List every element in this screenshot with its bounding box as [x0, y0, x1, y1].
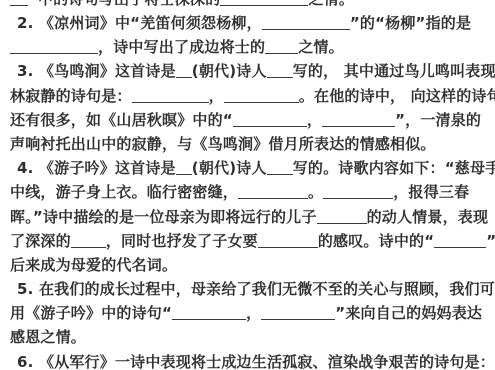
text-line-q5: 感恩之情。 [0, 325, 495, 349]
text-segment: 之情。 [308, 0, 354, 8]
text-segment: 3. 《鸟鸣涧》这首诗是 [17, 62, 176, 80]
answer-blank [233, 113, 307, 127]
text-segment: ” [486, 232, 495, 250]
question-6: 6. 《从军行》一诗中表现将士成边生活孤寂、渲染战争艰苦的诗句是： [0, 350, 495, 370]
text-segment: 5. 在我们的成长过程中，母亲给了我们无微不至的关心与照顾，我们可以 [17, 280, 495, 298]
answer-blank [220, 0, 308, 6]
text-segment: 的感叹。诗中的“ [318, 232, 434, 250]
answer-blank [267, 64, 293, 78]
text-segment: 。 [308, 183, 323, 201]
answer-blank [238, 185, 308, 199]
text-line-q4: 4. 《游子吟》这首诗是(朝代)诗人写的。诗歌内容如下：“慈母手 [0, 156, 495, 180]
text-segment: ”的“杨柳”指的是 [350, 14, 471, 32]
text-line-fragment: ”中的诗句写出了将士深深的之情。 [0, 0, 495, 11]
text-line-q4: 晖。”诗中描绘的是一位母亲为即将远行的儿子的动人情景，表现 [0, 205, 495, 229]
text-line-q2: ，诗中写出了成边将士的之情。 [0, 35, 495, 59]
answer-blank [132, 89, 209, 103]
answer-blank [265, 40, 298, 54]
text-segment: (朝代)诗人 [192, 159, 267, 177]
text-segment: ，报得三春 [393, 183, 469, 201]
text-line-q4: 了深深的，同时也抒发了子女要的感叹。诗中的“” [0, 229, 495, 253]
text-segment: 林寂静的诗句是： [10, 87, 132, 105]
answer-blank [258, 234, 318, 248]
text-segment: ”，一清泉的 [395, 111, 481, 129]
answer-blank [172, 306, 246, 320]
answer-blank [317, 210, 367, 224]
answer-blank [262, 16, 350, 30]
text-segment: 写的。诗歌内容如下：“慈母手 [293, 159, 495, 177]
text-segment: 晖。”诗中描绘的是一位母亲为即将远行的儿子 [10, 208, 317, 226]
text-segment: 用《游子吟》中的诗句“ [10, 304, 172, 322]
text-segment: 还有很多，如《山居秋暝》中的“ [10, 111, 233, 129]
text-line-q5: 5. 在我们的成长过程中，母亲给了我们无微不至的关心与照顾，我们可以 [0, 277, 495, 301]
text-line-q5: 用《游子吟》中的诗句“，”来向自己的妈妈表达 [0, 301, 495, 325]
text-segment: 2. 《凉州词》中“羌笛何须怨杨柳， [17, 14, 262, 32]
text-line-q3: 3. 《鸟鸣涧》这首诗是(朝代)诗人写的， 其中通过鸟儿鸣叫表现山 [0, 59, 495, 83]
text-segment: ， [246, 304, 261, 322]
text-segment: 。在他的诗中， 向这样的诗句 [299, 87, 495, 105]
answer-blank [323, 185, 393, 199]
text-segment: 6. 《从军行》一诗中表现将士成边生活孤寂、渲染战争艰苦的诗句是： [17, 353, 495, 370]
answer-blank [176, 64, 192, 78]
text-segment: ”来向自己的妈妈表达 [335, 304, 482, 322]
text-segment: 的动人情景，表现 [367, 208, 489, 226]
answer-blank [176, 161, 192, 175]
text-segment: ， [307, 111, 322, 129]
answer-blank [267, 161, 293, 175]
answer-blank [71, 234, 106, 248]
answer-blank [10, 40, 98, 54]
question-5: 5. 在我们的成长过程中，母亲给了我们无微不至的关心与照顾，我们可以用《游子吟》… [0, 277, 495, 350]
text-line-q4: 后来成为母爱的代名词。 [0, 253, 495, 277]
text-line-q2: 2. 《凉州词》中“羌笛何须怨杨柳，”的“杨柳”指的是 [0, 11, 495, 35]
answer-blank [322, 113, 395, 127]
answer-blank [10, 0, 28, 6]
answer-blank [261, 306, 335, 320]
text-segment: 了深深的 [10, 232, 71, 250]
question-3: 3. 《鸟鸣涧》这首诗是(朝代)诗人写的， 其中通过鸟儿鸣叫表现山林寂静的诗句是… [0, 59, 495, 156]
text-segment: ， [209, 87, 224, 105]
text-segment: ，诗中写出了成边将士的 [98, 38, 265, 56]
text-segment: ，同时也抒发了子女要 [106, 232, 258, 250]
answer-blank [224, 89, 299, 103]
text-line-q3: 林寂静的诗句是：，。在他的诗中， 向这样的诗句 [0, 84, 495, 108]
text-segment: 声响衬托出山中的寂静，与《鸟鸣涧》借月所表达的情感相似。 [10, 135, 436, 153]
text-segment: 后来成为母爱的代名词。 [10, 256, 177, 274]
text-line-q4: 中线，游子身上衣。临行密密缝，。，报得三春 [0, 180, 495, 204]
text-segment: (朝代)诗人 [192, 62, 267, 80]
text-line-q3: 还有很多，如《山居秋暝》中的“，”，一清泉的 [0, 108, 495, 132]
text-segment: 写的， 其中通过鸟儿鸣叫表现山 [293, 62, 495, 80]
clipped-previous-line: ”中的诗句写出了将士深深的之情。 [0, 0, 495, 11]
text-segment: 4. 《游子吟》这首诗是 [17, 159, 176, 177]
text-segment: 中线，游子身上衣。临行密密缝， [10, 183, 238, 201]
text-segment: 之情。 [298, 38, 344, 56]
questions-container: 2. 《凉州词》中“羌笛何须怨杨柳，”的“杨柳”指的是，诗中写出了成边将士的之情… [0, 0, 495, 370]
answer-blank [434, 234, 486, 248]
worksheet-page: ”中的诗句写出了将士深深的之情。 2. 《凉州词》中“羌笛何须怨杨柳，”的“杨柳… [0, 0, 495, 370]
question-2: 2. 《凉州词》中“羌笛何须怨杨柳，”的“杨柳”指的是，诗中写出了成边将士的之情… [0, 11, 495, 59]
text-segment: 感恩之情。 [10, 328, 86, 346]
text-segment: ”中的诗句写出了将士深深的 [28, 0, 220, 8]
text-line-q6: 6. 《从军行》一诗中表现将士成边生活孤寂、渲染战争艰苦的诗句是： [0, 350, 495, 370]
text-line-q3: 声响衬托出山中的寂静，与《鸟鸣涧》借月所表达的情感相似。 [0, 132, 495, 156]
question-4: 4. 《游子吟》这首诗是(朝代)诗人写的。诗歌内容如下：“慈母手中线，游子身上衣… [0, 156, 495, 277]
